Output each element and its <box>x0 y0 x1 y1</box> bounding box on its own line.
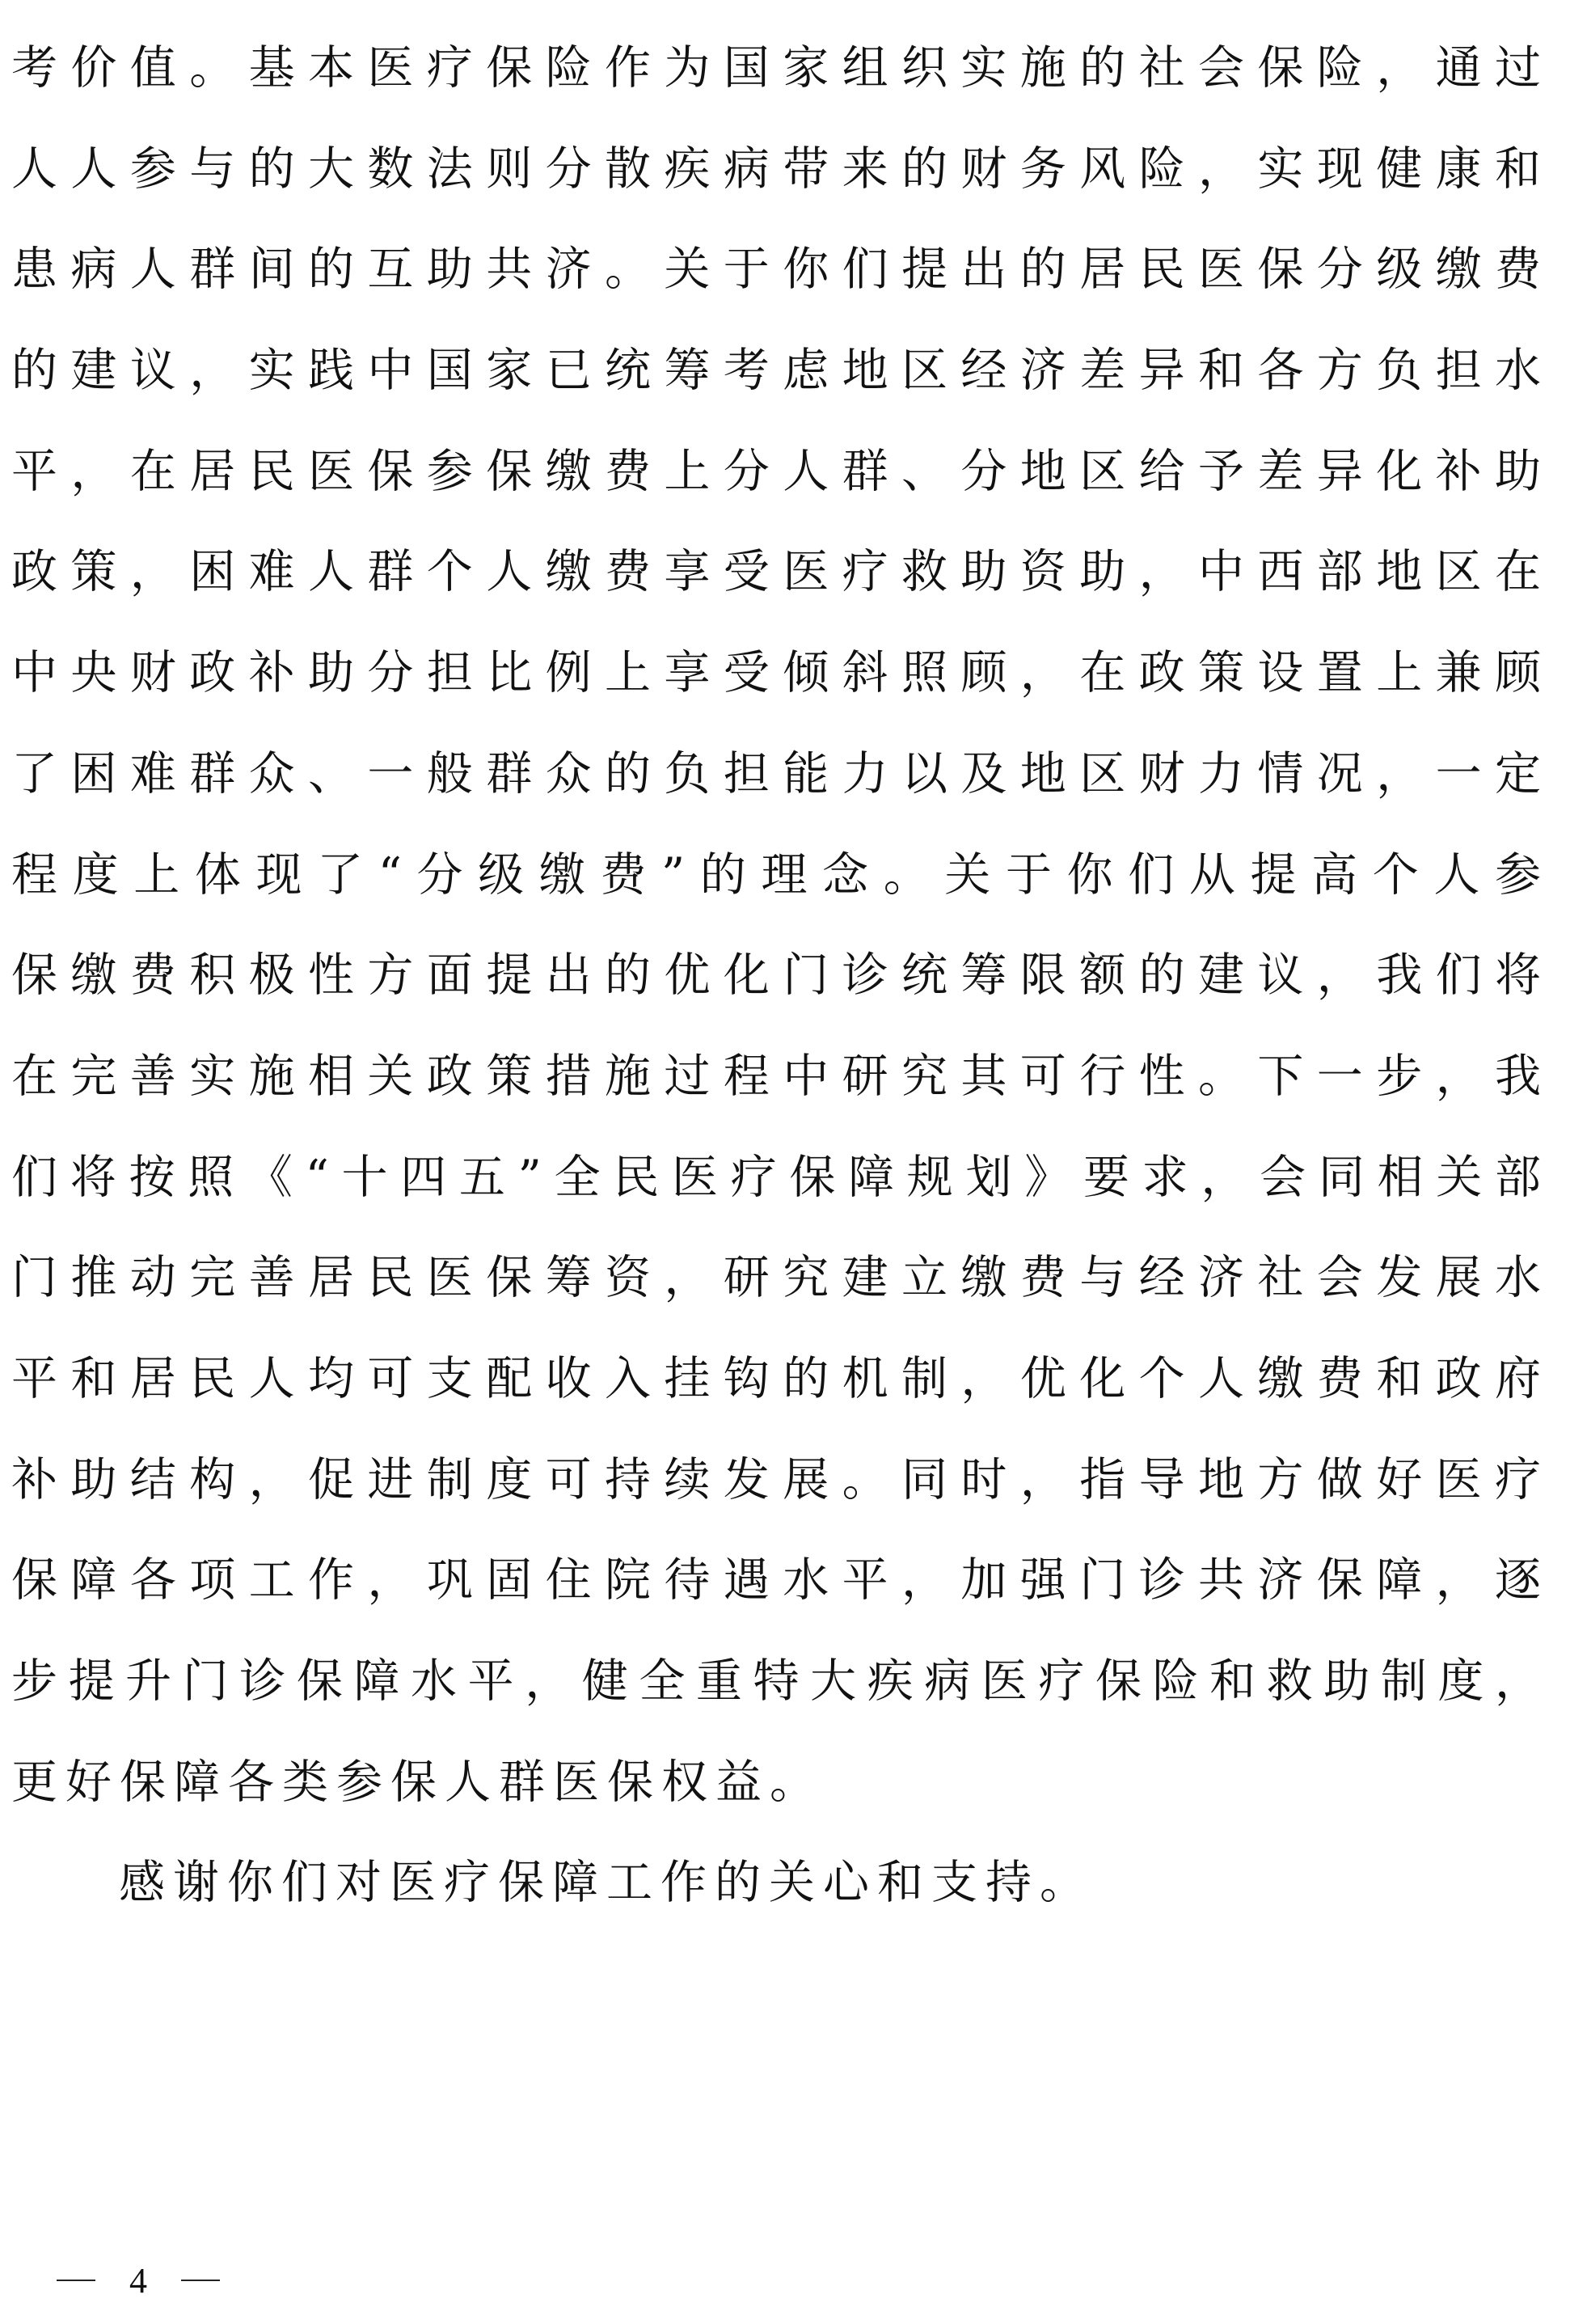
body-line-10: 保缴费积极性方面提出的优化门诊统筹限额的建议，我们将 <box>11 932 1541 1033</box>
page-number-dash-left <box>57 2280 95 2281</box>
document-page: 考价值。基本医疗保险作为国家组织实施的社会保险，通过 人人参与的大数法则分散疾病… <box>0 0 1570 2324</box>
body-line-6: 政策，困难人群个人缴费享受医疗救助资助，中西部地区在 <box>11 528 1541 629</box>
body-line-13: 门推动完善居民医保筹资，研究建立缴费与经济社会发展水 <box>11 1234 1541 1335</box>
body-line-8: 了困难群众、一般群众的负担能力以及地区财力情况，一定 <box>11 730 1541 831</box>
body-line-1: 考价值。基本医疗保险作为国家组织实施的社会保险，通过 <box>11 24 1541 125</box>
body-line-15: 补助结构，促进制度可持续发展。同时，指导地方做好医疗 <box>11 1436 1541 1537</box>
body-line-18: 更好保障各类参保人群医保权益。 <box>11 1739 1541 1840</box>
body-line-16: 保障各项工作，巩固住院待遇水平，加强门诊共济保障，逐 <box>11 1536 1541 1637</box>
body-line-7: 中央财政补助分担比例上享受倾斜照顾，在政策设置上兼顾 <box>11 629 1541 730</box>
body-line-17: 步提升门诊保障水平，健全重特大疾病医疗保险和救助制度， <box>11 1637 1541 1739</box>
page-number-dash-right <box>181 2280 220 2281</box>
page-number: 4 <box>129 2260 147 2301</box>
closing-line: 感谢你们对医疗保障工作的关心和支持。 <box>11 1839 1541 1940</box>
body-line-5: 平，在居民医保参保缴费上分人群、分地区给予差异化补助 <box>11 428 1541 529</box>
body-line-2: 人人参与的大数法则分散疾病带来的财务风险，实现健康和 <box>11 125 1541 226</box>
body-line-4: 的建议，实践中国家已统筹考虑地区经济差异和各方负担水 <box>11 327 1541 428</box>
body-line-14: 平和居民人均可支配收入挂钩的机制，优化个人缴费和政府 <box>11 1335 1541 1436</box>
body-line-3: 患病人群间的互助共济。关于你们提出的居民医保分级缴费 <box>11 226 1541 327</box>
body-line-12: 们将按照《“十四五”全民医疗保障规划》要求，会同相关部 <box>11 1134 1541 1235</box>
body-line-9: 程度上体现了“分级缴费”的理念。关于你们从提高个人参 <box>11 831 1541 932</box>
page-number-footer: 4 <box>57 2256 220 2305</box>
letter-body: 考价值。基本医疗保险作为国家组织实施的社会保险，通过 人人参与的大数法则分散疾病… <box>11 24 1541 1940</box>
body-line-11: 在完善实施相关政策措施过程中研究其可行性。下一步，我 <box>11 1033 1541 1134</box>
